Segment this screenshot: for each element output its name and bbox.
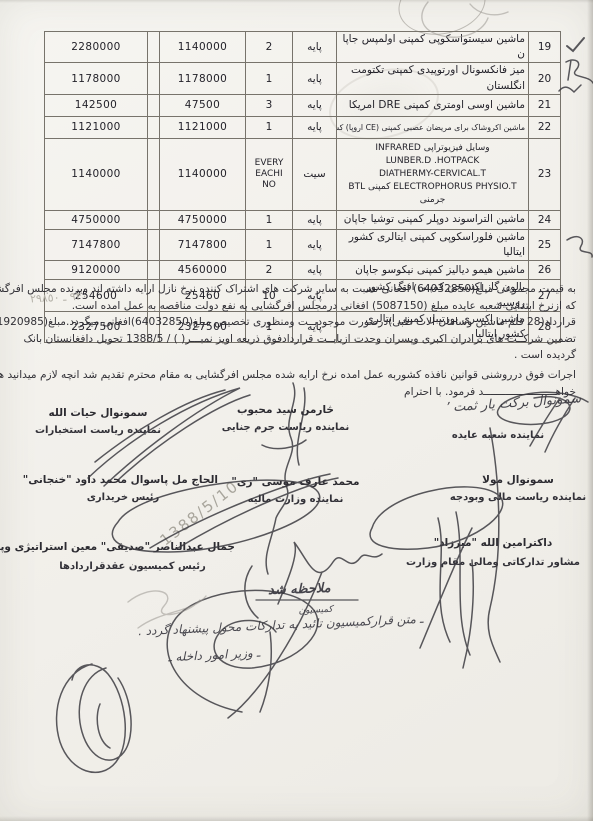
table-row: 25 ماشین فلوراسکوپی کمپنی ایتالری کشور ا… [45,229,561,260]
item-description-cell: ماشین فلوراسکوپی کمپنی ایتالری کشور ایتا… [337,229,529,260]
quantity-cell: 2 [246,32,293,63]
signature-block-revenue-branch: نماینده شعبه عایده [428,424,568,441]
table-row: 23 وسایل فیزیوتراپی INFRARED LUNBER.D .H… [45,138,561,210]
handwritten-observed-note: ملاحظه شد [268,581,331,598]
unit-cell: پایه [293,229,337,260]
item-description-cell: ماشین اکروشاک برای مریضان عصبی کمپنی (CE… [337,116,529,138]
signature-label: نماینده ریاست جرم جنایی [218,422,353,433]
signature-label: نماینده ریاست استخبارات [28,425,168,436]
row-number-cell: 19 [529,32,561,63]
signatory-name: جمال عبدالناصر "صدیقی" معین استراتیژی وپ… [30,541,235,553]
spacer-cell [148,229,160,260]
quantity-cell: 1 [246,210,293,229]
unit-price-cell: 7147800 [160,229,246,260]
signature-block-procurement-advisor: داکترامین الله "میرزاد" مشاور تدارکاتی و… [398,537,588,568]
item-description-cell: وسایل فیزیوتراپی INFRARED LUNBER.D .HOTP… [337,138,529,210]
quantity-cell: 1 [246,229,293,260]
total-price-cell: 1121000 [45,116,148,138]
unit-cell: سیت [293,138,337,210]
scan-edge-shadow [587,0,593,821]
signature-block-finance-budget: سمونوال مولا نماینده ریاست مالی وبودجه [448,474,588,503]
unit-price-cell: 1178000 [160,63,246,94]
row-number-cell: 23 [529,138,561,210]
handwritten-minister-title: ـ وزیر امور داخله ـ [168,646,261,665]
paragraph-closing: اجرات فوق درروشنی قوانین نافذه کشوربه عم… [20,367,576,400]
unit-cell: پایه [293,116,337,138]
table-row: 21 ماشین اوسی اومتری کمپنی DRE امریکا پا… [45,94,561,116]
handwritten-commission-note: کمیسیون ـ متن قرارکمیسیون تائید به تدارک… [138,612,424,638]
row-number-cell: 24 [529,210,561,229]
signature-block-criminal-dept: څارمن سید محبوب نماینده ریاست جرم جنایی [218,404,353,433]
check-mark-icon [559,85,581,92]
item-description-cell: میز فانکسونال اورتوپیدی کمپنی تکتومت انگ… [337,63,529,94]
item-description-cell: ماشین هیمو دیالیز کمپنی نیکوسو جاپان [337,261,529,280]
unit-cell: پایه [293,32,337,63]
spacer-cell [148,32,160,63]
total-price-cell: 9120000 [45,261,148,280]
item-description-cell: ماشین اوسی اومتری کمپنی DRE امریکا [337,94,529,116]
unit-price-cell: 1121000 [160,116,246,138]
signature-block-contracts-commission: جمال عبدالناصر "صدیقی" معین استراتیژی وپ… [30,541,235,572]
row-number-cell: 25 [529,229,561,260]
signature-label: مشاور تدارکاتی ومالی مقام وزارت [398,557,588,568]
signature-label: رئیس خریداری [28,492,218,503]
paragraph-line: اجرات فوق درروشنی قوانین نافذه کشوربه عم… [20,367,576,384]
spacer-cell [148,63,160,94]
signatory-name: داکترامین الله "میرزاد" [398,537,588,549]
row-number-cell: 20 [529,63,561,94]
scan-edge-shadow [0,0,593,3]
paragraph-contract-guarantee: قرارداد(28 قلم ماشین وسامان الات طبی)درص… [20,314,576,364]
spacer-cell [148,116,160,138]
total-price-cell: 1178000 [45,63,148,94]
unit-cell: پایه [293,63,337,94]
scan-edge-shadow [0,816,593,821]
paragraph-line: قرارداد(28 قلم ماشین وسامان الات طبی)درص… [20,314,576,331]
pen-stroke [463,560,473,668]
row-number-cell: 26 [529,261,561,280]
signature-label: نماینده شعبه عایده [428,430,568,441]
table-row: 26 ماشین هیمو دیالیز کمپنی نیکوسو جاپان … [45,261,561,280]
total-price-cell: 2280000 [45,32,148,63]
check-mark-icon [567,38,584,51]
curly-bracket-stroke [245,566,258,618]
item-description-cell: ماشین التراسوند دوپلر کمپنی توشیا جاپان [337,210,529,229]
table-row: 22 ماشین اکروشاک برای مریضان عصبی کمپنی … [45,116,561,138]
unit-price-cell: 1140000 [160,138,246,210]
quantity-cell: 1 [246,63,293,94]
spacer-cell [148,261,160,280]
paragraph-line: گردیده است . [20,347,576,364]
signature-label: رئیس کمیسیون عقدقراردادها [30,561,235,572]
unit-price-cell: 4560000 [160,261,246,280]
signatory-name: سمونوال مولا [448,474,588,486]
paragraph-line: که ازنرخ ابتدایی شعبه عایده مبلغ (508715… [20,298,576,315]
unit-price-cell: 47500 [160,94,246,116]
unit-price-cell: 1140000 [160,32,246,63]
quantity-cell: EVERY EACHI NO [246,138,293,210]
spacer-cell [148,210,160,229]
signature-block-finance-ministry: محمد عارف موسی "زی" نماینده وزارت مالیه [228,476,363,505]
total-price-cell: 142500 [45,94,148,116]
paragraph-bid-result: به قیمت مجموعی مبلغ(64032850) افغانی نسب… [20,281,576,314]
signature-label: نماینده ریاست مالی وبودجه [448,492,588,503]
unit-price-cell: 4750000 [160,210,246,229]
signatory-name: څارمن سید محبوب [218,404,353,416]
paragraph-line: به قیمت مجموعی مبلغ(64032850) افغانی نسب… [20,281,576,298]
scanned-document-page: 19 ماشین سیستواسکوپی کمپنی اولمپس جاپا ن… [0,0,593,821]
row-number-cell: 21 [529,94,561,116]
handwritten-note-text: ـ متن قرارکمیسیون تائید به تدارکات محول … [138,612,424,638]
row-number-cell: 22 [529,116,561,138]
table-row: 20 میز فانکسونال اورتوپیدی کمپنی تکتومت … [45,63,561,94]
signature-block-intelligence: سمونوال حیات الله نماینده ریاست استخبارا… [28,407,168,436]
unit-cell: پایه [293,210,337,229]
unit-cell: پایه [293,261,337,280]
handwritten-word-commission: کمیسیون [298,605,333,616]
table-row: 19 ماشین سیستواسکوپی کمپنی اولمپس جاپا ن… [45,32,561,63]
total-price-cell: 1140000 [45,138,148,210]
quantity-cell: 1 [246,116,293,138]
quantity-cell: 3 [246,94,293,116]
signatory-name: سمونوال حیات الله [28,407,168,419]
spacer-cell [148,138,160,210]
item-description-cell: ماشین سیستواسکوپی کمپنی اولمپس جاپا ن [337,32,529,63]
table-row: 24 ماشین التراسوند دوپلر کمپنی توشیا جاپ… [45,210,561,229]
signatory-name: الحاج مل پاسوال محمد داود "خنجانی" [28,474,218,486]
signature-block-procurement-chief: الحاج مل پاسوال محمد داود "خنجانی" رئیس … [28,474,218,503]
signatory-name: محمد عارف موسی "زی" [228,476,363,488]
quantity-cell: 2 [246,261,293,280]
signature-vertical-strokes [420,512,472,655]
paragraph-line: تضمین شرکــت های برادران اکبری وپسران وح… [20,331,576,348]
spacer-cell [148,94,160,116]
unit-cell: پایه [293,94,337,116]
total-price-cell: 7147800 [45,229,148,260]
total-price-cell: 4750000 [45,210,148,229]
signature-coil [57,664,132,772]
signature-label: نماینده وزارت مالیه [228,494,363,505]
signature-diagonal [88,388,250,486]
